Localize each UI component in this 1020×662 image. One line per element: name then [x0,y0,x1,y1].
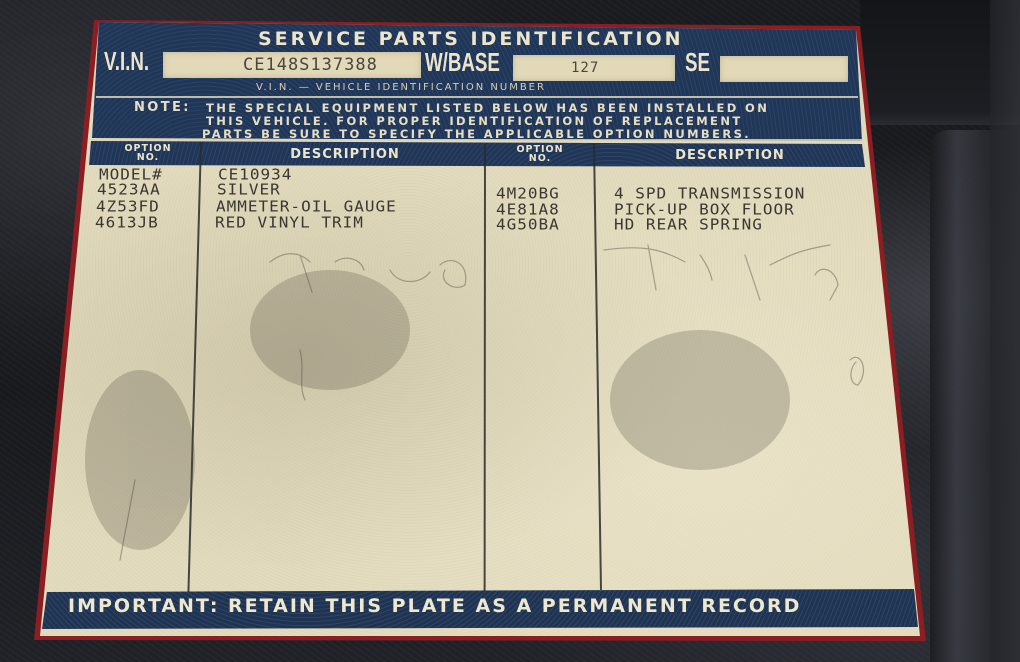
left-option-0: MODEL# [99,168,163,182]
col-description-right: DESCRIPTION [600,148,860,163]
vin-field: CE148S137388 [163,52,421,78]
right-option-0: 4M20BG [496,187,560,201]
panel-ridge-outer [990,0,1020,662]
note-line-1: THE SPECIAL EQUIPMENT LISTED BELOW HAS B… [206,101,769,115]
vin-caption: V.I.N. — VEHICLE IDENTIFICATION NUMBER [256,82,546,93]
header-divider [96,96,858,98]
plate-footer-text: IMPORTANT: RETAIN THIS PLATE AS A PERMAN… [68,595,801,617]
right-description-1: PICK-UP BOX FLOOR [614,203,795,217]
se-field [720,56,848,82]
left-description-0: CE10934 [218,168,292,182]
left-description-3: RED VINYL TRIM [215,216,364,230]
col-option-label-line2: NO. [108,153,188,162]
right-option-2: 4G50BA [496,218,560,232]
left-option-1: 4523AA [97,183,161,197]
note-line-2: THIS VEHICLE. FOR PROPER IDENTIFICATION … [206,114,743,128]
vin-value: CE148S137388 [243,55,378,75]
left-option-2: 4Z53FD [96,200,160,214]
column-divider-2 [484,144,486,592]
left-description-2: AMMETER-OIL GAUGE [216,200,397,214]
w-base-field: 127 [513,55,675,81]
left-option-3: 4613JB [95,216,159,230]
col-option-no-left: OPTION NO. [108,144,188,162]
col-description-left: DESCRIPTION [210,147,480,162]
left-description-1: SILVER [217,183,281,197]
note-lead: NOTE: [134,100,191,115]
w-base-value: 127 [571,60,599,76]
vin-label: V.I.N. [104,46,149,77]
right-description-0: 4 SPD TRANSMISSION [614,187,805,201]
note-divider [91,139,862,141]
right-option-1: 4E81A8 [496,203,560,217]
w-base-label: W/BASE [425,47,500,78]
se-label: SE [685,47,710,78]
col-option-label-line2: NO. [495,154,585,163]
col-option-no-right: OPTION NO. [495,145,585,163]
right-description-2: HD REAR SPRING [614,218,763,232]
